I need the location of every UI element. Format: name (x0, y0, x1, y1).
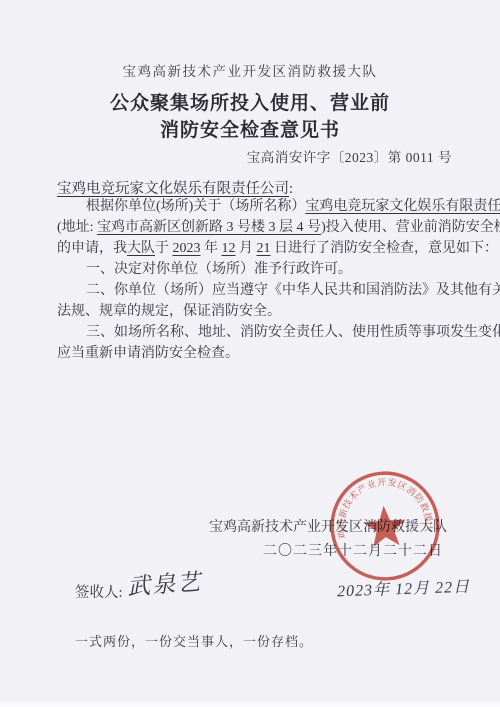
text-segment: 日进行了消防安全检查，意见如下： (271, 241, 499, 256)
document-title-line2: 消防安全检查意见书 (0, 115, 500, 142)
addressee-colon: : (289, 181, 293, 197)
body-line-item-1: 一、决定对你单位（场所）准予行政许可。 (57, 259, 453, 280)
body-line: (地址: 宝鸡市高新区创新路 3 号楼 3 层 4 号)投入使用、营业前消防安全… (57, 217, 453, 238)
body-line-item-2: 二、你单位（场所）应当遵守《中华人民共和国消防法》及其他有关消防 (57, 280, 453, 301)
official-red-seal: 宝鸡高新技术产业开发区消防救援大队 (318, 459, 452, 593)
text-segment: (地址: (57, 220, 97, 235)
text-segment: 法规、规章的规定，保证消防安全。 (57, 304, 281, 319)
text-segment: 月 (236, 241, 257, 256)
text-segment: 二、你单位（场所）应当遵守《中华人民共和国消防法》及其他有关消防 (86, 283, 500, 298)
receipt-date-handwriting: 2023年 12月 22日 (337, 574, 471, 602)
body-line: 根据你单位(场所)关于（场所名称）宝鸡电竞玩家文化娱乐有限责任公司 (57, 196, 453, 217)
address-field: 宝鸡市高新区创新路 3 号楼 3 层 4 号 (97, 220, 321, 235)
issuing-org-header: 宝鸡高新技术产业开发区消防救援大队 (0, 60, 500, 80)
month-field: 12 (222, 241, 236, 256)
document-title-line1: 公众聚集场所投入使用、营业前 (0, 88, 500, 115)
addressee-line: 宝鸡电竞玩家文化娱乐有限责任公司: (57, 177, 293, 198)
copies-note: 一式两份，一份交当事人，一份存档。 (75, 631, 313, 650)
text-segment: 年 (201, 241, 222, 256)
brigade-field: 大队 (127, 241, 155, 256)
body-line: 法规、规章的规定，保证消防安全。 (57, 301, 453, 322)
body-line: 应当重新申请消防安全检查。 (57, 343, 453, 364)
body-text: 根据你单位(场所)关于（场所名称）宝鸡电竞玩家文化娱乐有限责任公司 (地址: 宝… (57, 196, 453, 364)
document-number: 宝高消安许字〔2023〕第 0011 号 (247, 146, 452, 166)
seal-star-icon (362, 504, 407, 547)
receipt-label: 签收人: (75, 581, 123, 602)
site-name-field: 宝鸡电竞玩家文化娱乐有限责任公司 (305, 199, 500, 214)
text-segment: 于 (155, 241, 173, 256)
text-segment: 根据你单位(场所)关于（场所名称） (86, 199, 305, 214)
text-segment: )投入使用、营业前消防安全检查 (321, 220, 500, 235)
addressee-name: 宝鸡电竞玩家文化娱乐有限责任公司 (57, 181, 289, 197)
year-field: 2023 (173, 241, 201, 256)
body-line-item-3: 三、如场所名称、地址、消防安全责任人、使用性质等事项发生变化的， (57, 322, 453, 343)
day-field: 21 (257, 241, 271, 256)
scanned-document-page: 宝鸡高新技术产业开发区消防救援大队 公众聚集场所投入使用、营业前 消防安全检查意… (0, 0, 500, 707)
body-line: 的申请，我大队于 2023 年 12 月 21 日进行了消防安全检查，意见如下： (57, 238, 453, 259)
text-segment: 应当重新申请消防安全检查。 (57, 346, 239, 361)
text-segment: 的申请，我 (57, 241, 127, 256)
text-segment: 一、决定对你单位（场所）准予行政许可。 (86, 262, 352, 277)
text-segment: 三、如场所名称、地址、消防安全责任人、使用性质等事项发生变化的， (86, 325, 500, 340)
receipt-signature-handwriting: 武泉艺 (126, 563, 203, 601)
